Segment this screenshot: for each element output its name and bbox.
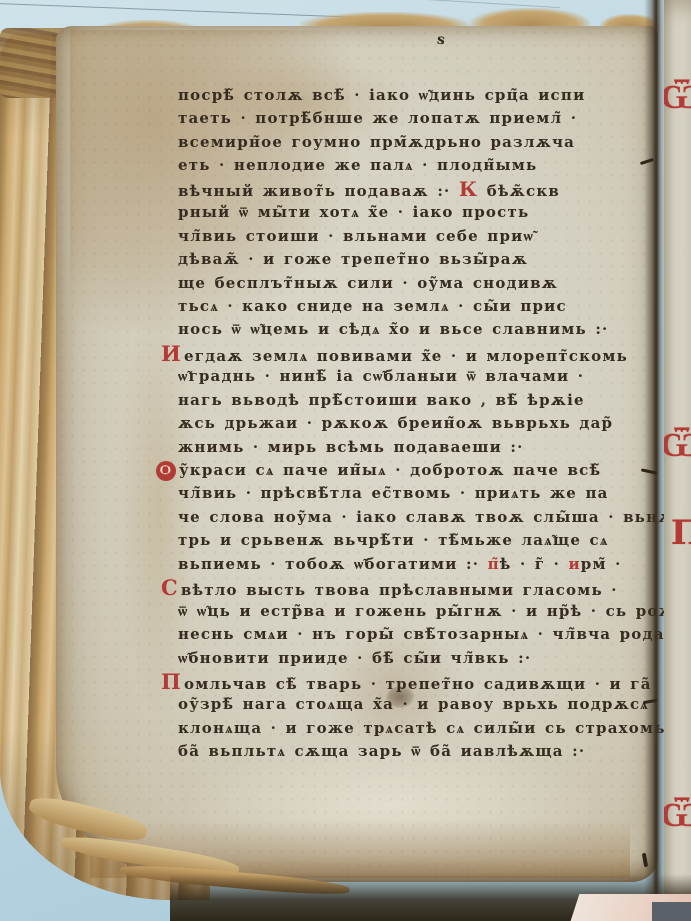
manuscript-line: еть · неплодие же палѧ · плодн̃ымь: [178, 154, 652, 177]
manuscript-line: жнимь · мирь всѣмь подаваеши :·: [178, 436, 652, 459]
rubric-initial: С: [161, 575, 181, 600]
red-letter-fragment: Ѿ: [664, 428, 691, 462]
manuscript-line: Иегдаѫ землѧ повивами х̃е · и млорепт̃ск…: [178, 342, 652, 365]
manuscript-line: чл̃виь · прѣсвѣ̃тла ес̃твомь · приѧть же…: [178, 482, 652, 505]
text-segment: ѣ · г̃ ·: [500, 555, 569, 573]
text-segment: ѿ ѡ̃ць и естр̃ва и гожень ры̃гнѫ · и нр̃…: [178, 602, 686, 620]
manuscript-line: ѡ̃бновити прииде · бѣ̃ сы̃и чл̃вкь :·: [178, 647, 652, 670]
text-segment: чл̃виь стоиши · вльнами себе приѡ̃: [178, 227, 534, 245]
manuscript-line: Свѣтло высть твова прѣславными гласомь ·: [178, 576, 652, 599]
manuscript-line: тьсѧ · како сниде на землѧ · сы̃и прис: [178, 295, 652, 318]
text-segment: рный ѿ мы̃ти хотѧ х̃е · іако прость: [178, 203, 529, 221]
text-segment: тьсѧ · како сниде на землѧ · сы̃и прис: [178, 297, 567, 315]
text-segment: оу̃зрѣ̃ нага стоѧща х̃а · и равоу врьхь …: [178, 695, 649, 713]
manuscript-line: Помльчав сѣ̃ тварь · трепет̃но садивѫщи …: [178, 670, 652, 693]
manuscript-line: неснь смѧи · нъ горы̃ свѣ̃тозарныѧ · чл̃…: [178, 623, 652, 646]
manuscript-line: чл̃виь стоиши · вльнами себе приѡ̃: [178, 225, 652, 248]
text-segment: клонѧща · и гоже трѧсатѣ сѧ силы̃и сь ст…: [178, 719, 680, 737]
text-segment: рм̃ ·: [581, 555, 622, 573]
manuscript-line: нагь вьводѣ прѣ̃стоиши вако , вѣ̃ ѣрѫіе: [178, 389, 652, 412]
text-segment: дѣваѫ̃ · и гоже трепет̃но вьзы̃раѫ: [178, 250, 528, 268]
text-segment: ще бесплът̃ныѫ сили · оу̃ма снодивѫ: [178, 274, 558, 292]
backdrop-crack-line: [260, 0, 560, 8]
rubric-initial: К: [459, 177, 478, 201]
manuscript-line: нось ѿ ѡ̃цемь и сѣдѧ х̃о и вьсе славнимь…: [178, 318, 652, 341]
text-segment: омльчав сѣ̃ тварь · трепет̃но садивѫщи ·…: [184, 675, 652, 693]
manuscript-line: ѿ ѡ̃ць и естр̃ва и гожень ры̃гнѫ · и нр̃…: [178, 600, 652, 623]
manuscript-line: трь и срьвенѫ вьчрѣ̃ти · тѣ̃мьже лаѧ̃ще …: [178, 529, 652, 552]
text-segment: вѣчный живот̃ь подаваѫ :·: [178, 182, 459, 200]
rubric-initial: Ѻ: [156, 461, 176, 481]
manuscript-line: всемирн̃ое гоумно прм̃ѫдрьно разлѫча: [178, 131, 652, 154]
manuscript-line: че слова ноу̃ма · іако славѫ твоѫ слы̃ша…: [178, 506, 652, 529]
gutter-shadow: [644, 0, 666, 921]
text-block: посрѣ̃ столѫ всѣ̃ · іако ѡ̃динь срц̃а ис…: [178, 84, 652, 764]
text-segment: трь и срьвенѫ вьчрѣ̃ти · тѣ̃мьже лаѧ̃ще …: [178, 531, 609, 549]
manuscript-line: оу̃зрѣ̃ нага стоѧща х̃а · и равоу врьхь …: [178, 693, 652, 716]
text-segment: неснь смѧи · нъ горы̃ свѣ̃тозарныѧ · чл̃…: [178, 625, 665, 643]
text-segment: ѫсь дрьжаи · рѫкоѫ бреин̃оѫ вьврьхь дар̃: [178, 414, 613, 432]
rubric-initial: И: [161, 341, 184, 366]
text-segment: всемирн̃ое гоумно прм̃ѫдрьно разлѫча: [178, 133, 575, 151]
text-segment: таеть · потрѣ̃бнше же лопатѫ приемл̃ ·: [178, 109, 577, 127]
text-segment: вьпиемь · тобоѫ ѡ̃богатими :·: [178, 555, 488, 573]
text-segment: еть · неплодие же палѧ · плодн̃ымь: [178, 156, 537, 174]
manuscript-line: рный ѿ мы̃ти хотѧ х̃е · іако прость: [178, 201, 652, 224]
red-letter-fragment: Ѿ: [664, 80, 691, 114]
text-segment: чл̃виь · прѣсвѣ̃тла ес̃твомь · приѧть же…: [178, 484, 609, 502]
text-segment: ба̃ вьпльтѧ сѫща зарь ѿ ба̃ иавлѣѫща :·: [178, 742, 585, 760]
rubric-initial: п̃: [488, 555, 500, 573]
adjacent-page-edge: ѾѾПѾ: [664, 0, 691, 921]
manuscript-line: ѡ̃граднь · нинѣ̃ іа сѡ̃бланыи ѿ влачами …: [178, 365, 652, 388]
red-letter-fragment: Ѿ: [664, 798, 691, 832]
manuscript-line: вѣчный живот̃ь подаваѫ :· К бѣѫ̃скв: [178, 178, 652, 201]
text-segment: ѡ̃бновити прииде · бѣ̃ сы̃и чл̃вкь :·: [178, 649, 531, 667]
rubric-initial: П: [161, 669, 184, 694]
manuscript-line: ба̃ вьпльтѧ сѫща зарь ѿ ба̃ иавлѣѫща :·: [178, 740, 652, 763]
text-segment: бѣѫ̃скв: [478, 182, 560, 200]
manuscript-line: дѣваѫ̃ · и гоже трепет̃но вьзы̃раѫ: [178, 248, 652, 271]
manuscript-line: ѫсь дрьжаи · рѫкоѫ бреин̃оѫ вьврьхь дар̃: [178, 412, 652, 435]
manuscript-line: вьпиемь · тобоѫ ѡ̃богатими :· п̃ѣ · г̃ ·…: [178, 553, 652, 576]
text-segment: жнимь · мирь всѣмь подаваеши :·: [178, 438, 524, 456]
text-segment: че слова ноу̃ма · іако славѫ твоѫ слы̃ша…: [178, 508, 675, 526]
text-segment: посрѣ̃ столѫ всѣ̃ · іако ѡ̃динь срц̃а ис…: [178, 86, 585, 104]
red-letter-fragment: П: [671, 516, 691, 550]
manuscript-line: клонѧща · и гоже трѧсатѣ сѧ силы̃и сь ст…: [178, 717, 652, 740]
table-corner: [652, 902, 691, 921]
rubric-initial: и: [568, 555, 580, 573]
manuscript-photo: ѕ посрѣ̃ столѫ всѣ̃ · іако ѡ̃динь срц̃а …: [0, 0, 691, 921]
text-segment: ѡ̃граднь · нинѣ̃ іа сѡ̃бланыи ѿ влачами …: [178, 367, 584, 385]
manuscript-line: ще бесплът̃ныѫ сили · оу̃ма снодивѫ: [178, 272, 652, 295]
text-segment: у̃краси сѧ паче ин̃ыѧ · добротоѫ паче вс…: [179, 461, 601, 479]
manuscript-line: Ѻу̃краси сѧ паче ин̃ыѧ · добротоѫ паче в…: [178, 459, 652, 482]
manuscript-line: таеть · потрѣ̃бнше же лопатѫ приемл̃ ·: [178, 107, 652, 130]
manuscript-line: посрѣ̃ столѫ всѣ̃ · іако ѡ̃динь срц̃а ис…: [178, 84, 652, 107]
text-segment: нагь вьводѣ прѣ̃стоиши вако , вѣ̃ ѣрѫіе: [178, 391, 585, 409]
text-segment: егдаѫ землѧ повивами х̃е · и млорепт̃ско…: [184, 347, 628, 365]
text-segment: вѣтло высть твова прѣславными гласомь ·: [181, 581, 618, 599]
text-segment: нось ѿ ѡ̃цемь и сѣдѧ х̃о и вьсе славнимь…: [178, 320, 608, 338]
